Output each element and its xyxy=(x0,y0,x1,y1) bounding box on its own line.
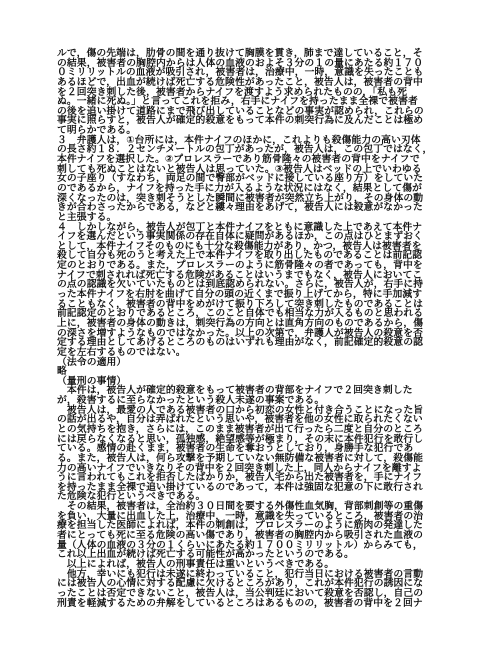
document-page: ルで，傷の先端は，肋骨の間を通り抜けて胸膜を貫き，肺まで達していること，その結果… xyxy=(0,0,480,668)
text-line: （法令の適用） xyxy=(57,358,429,368)
text-line: 刑責を軽減するための弁解をしているところはあるものの，被害者の背中を２回ナ xyxy=(57,599,429,609)
judgment-text: ルで，傷の先端は，肋骨の間を通り抜けて胸膜を貫き，肺まで達していること，その結果… xyxy=(57,49,429,608)
